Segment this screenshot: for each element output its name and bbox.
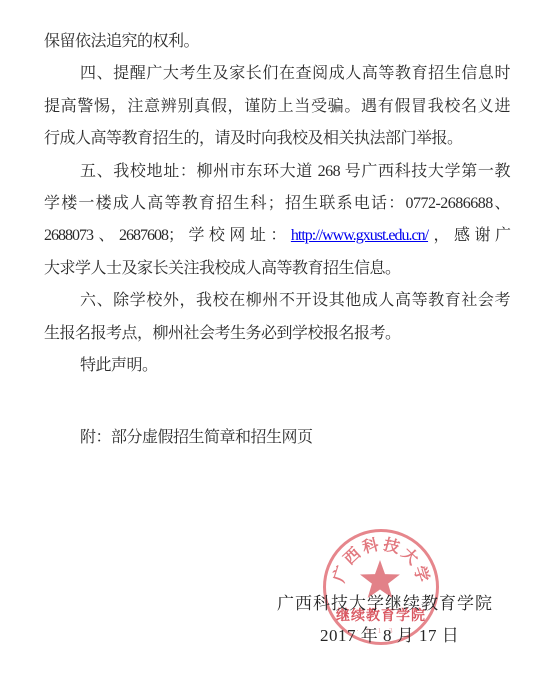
text-line-with-link: 2688073、2687608；学校网址：http://www.gxust.ed… <box>44 220 510 252</box>
text-line: 大求学人士及家长关注我校成人高等教育招生信息。 <box>44 253 510 285</box>
text-line: 五、我校地址：柳州市东环大道 268 号广西科技大学第一教 <box>44 156 510 188</box>
text-before-link: 2688073、2687608；学校网址： <box>44 227 291 244</box>
document-page: 保留依法追究的权利。 四、提醒广大考生及家长们在查阅成人高等教育招生信息时 提高… <box>0 0 552 687</box>
text-after-link: ，感谢广 <box>428 227 510 244</box>
text-line: 学楼一楼成人高等教育招生科；招生联系电话：0772-2686688、 <box>44 188 510 220</box>
closing-statement: 特此声明。 <box>44 350 510 382</box>
signature-date: 2017 年 8 月 17 日 <box>320 621 459 646</box>
text-line: 生报名报考点，柳州社会考生务必到学校报名报考。 <box>44 318 510 350</box>
text-line: 保留依法追究的权利。 <box>44 26 510 58</box>
school-website-link[interactable]: http://www.gxust.edu.cn/ <box>291 227 428 244</box>
text-line: 六、除学校外，我校在柳州不开设其他成人高等教育社会考 <box>44 285 510 317</box>
attachment-note: 附：部分虚假招生简章和招生网页 <box>44 422 510 454</box>
signature-org: 广西科技大学继续教育学院 <box>277 589 493 614</box>
text-line: 提高警惕，注意辨别真假，谨防上当受骗。遇有假冒我校名义进 <box>44 91 510 123</box>
document-body: 保留依法追究的权利。 四、提醒广大考生及家长们在查阅成人高等教育招生信息时 提高… <box>0 0 552 455</box>
text-line: 行成人高等教育招生的，请及时向我校及相关执法部门举报。 <box>44 123 510 155</box>
text-line: 四、提醒广大考生及家长们在查阅成人高等教育招生信息时 <box>44 58 510 90</box>
